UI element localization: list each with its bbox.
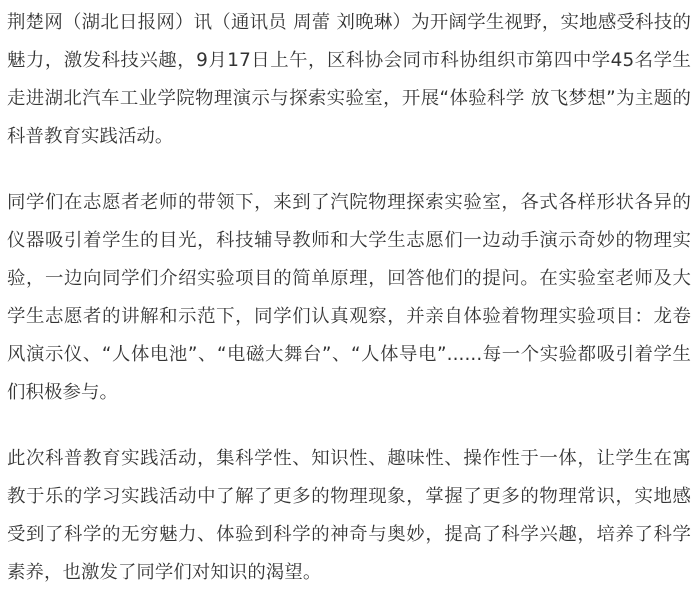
article-paragraph-activity: 同学们在志愿者老师的带领下，来到了汽院物理探索实验室，各式各样形状各异的仪器吸引… <box>7 184 691 412</box>
article-paragraph-intro: 荆楚网（湖北日报网）讯（通讯员 周蕾 刘晚琳）为开阔学生视野，实地感受科技的魅力… <box>7 4 691 156</box>
article-paragraph-summary: 此次科普教育实践活动，集科学性、知识性、趣味性、操作性于一体，让学生在寓教于乐的… <box>7 440 691 592</box>
news-article: 荆楚网（湖北日报网）讯（通讯员 周蕾 刘晚琳）为开阔学生视野，实地感受科技的魅力… <box>7 4 691 592</box>
